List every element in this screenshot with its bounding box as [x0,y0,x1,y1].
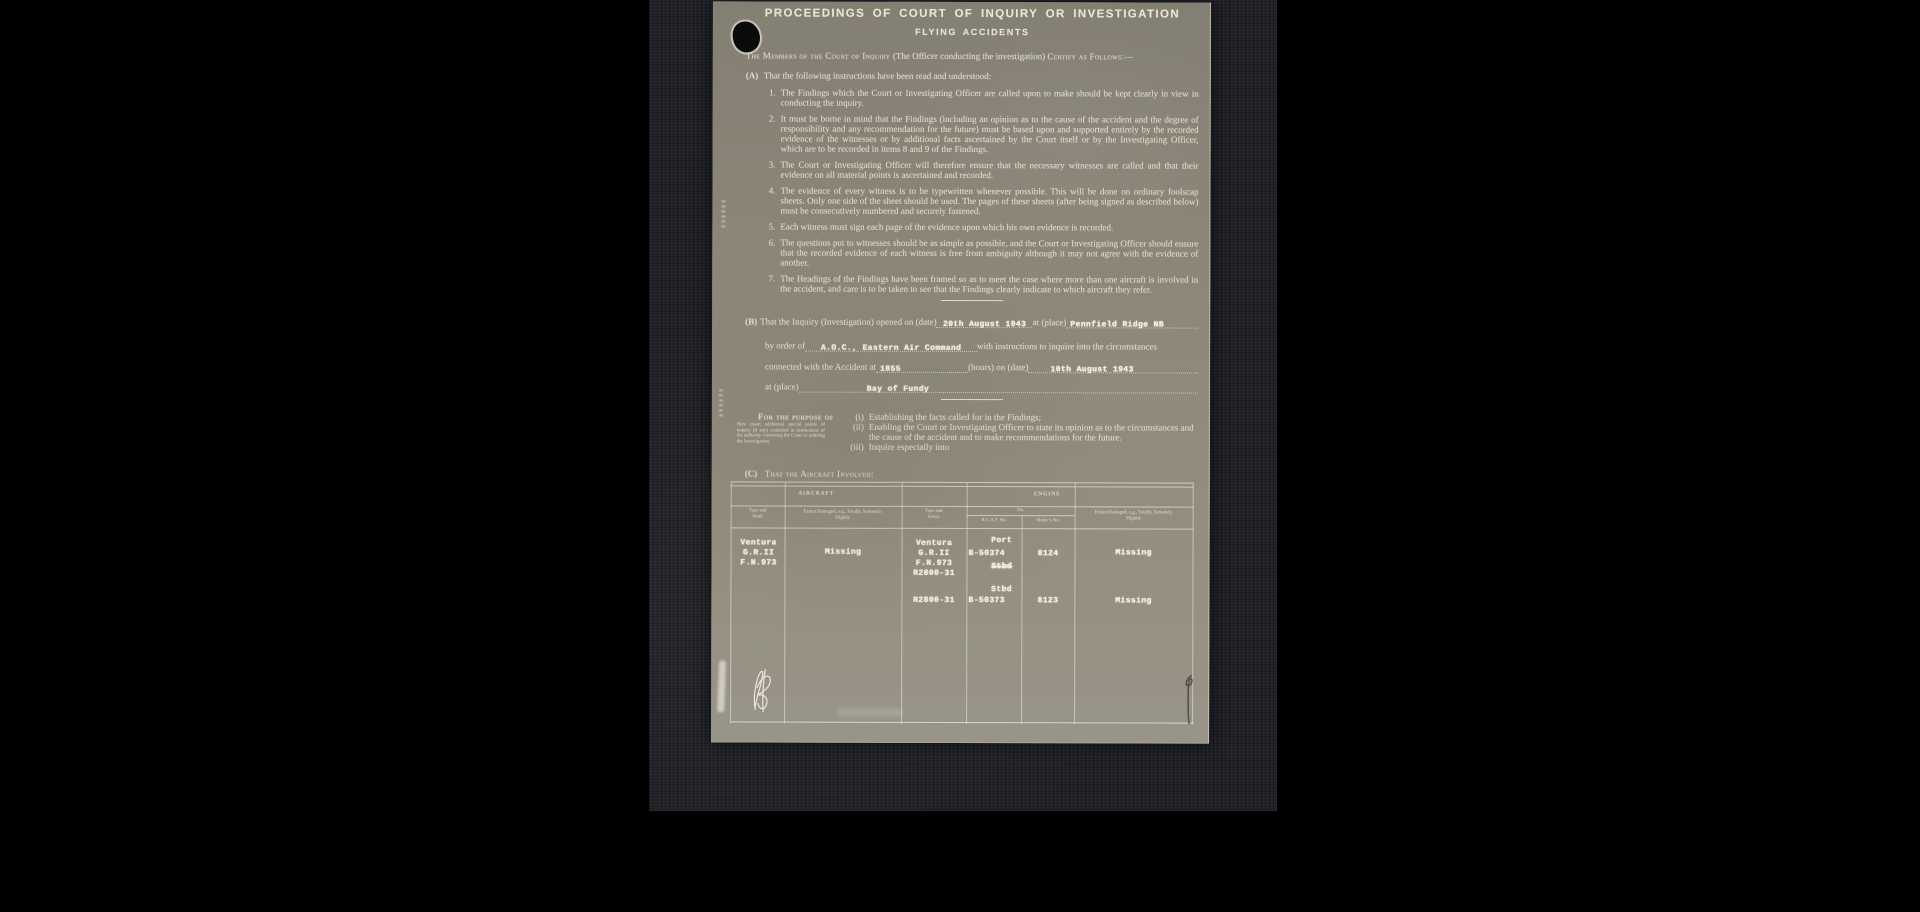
margin-mark [719,387,723,416]
item-text: The Headings of the Findings have been f… [780,274,1198,295]
purpose-heading: For the purpose of [758,411,834,421]
section-divider [940,399,1002,400]
section-a-text: That the following instructions have bee… [764,70,991,81]
col-header-extent-engine: Extent Damaged, e.g., Totally, Seriously… [1094,510,1174,521]
table-line [1021,515,1023,724]
accident-date-value: 10th August 1943 [1028,365,1133,374]
accident-place-value: Bay of Fundy [799,385,929,394]
section-b-line2: by order of A.O.C., Eastern Air Command … [745,340,1198,352]
b-line3-mid: (hours) on (date) [968,362,1029,372]
item-number: 1. [764,87,776,107]
purpose-item-text: Enabling the Court or Investigating Offi… [869,422,1198,443]
stbd-label-cell: Stbd [966,585,1036,595]
rcaf-no-1-cell: B-50374 [969,549,1024,559]
aircraft-type-line: F.N.973 [732,558,784,568]
date-opened-value: 20th August 1943 [943,320,1026,329]
stbd-struck-label: Stbd [966,562,1036,572]
engine-type-line: R2800-31 [901,569,966,579]
engine-type-line: G.R.II [902,549,967,559]
pencil-mark [1181,673,1199,727]
col-header-type-series: Type and Series [920,509,948,520]
engine-extent-1-value: Missing [1075,548,1193,558]
instructions-list: 1.The Findings which the Court or Invest… [745,87,1199,294]
item-number: 6. [763,237,775,267]
table-line [731,527,1194,529]
item-text: The Court or Investigating Officer will … [781,160,1199,181]
purpose-item-number: (iii) [848,442,864,452]
inquiry-form-page: PROCEEDINGS OF COURT OF INQUIRY OR INVES… [711,1,1211,743]
col-header-rcaf-no: R.C.A.F. No. [967,518,1022,524]
accident-date-field: 10th August 1943 [1028,362,1198,373]
item-number: 7. [763,273,775,293]
port-label-cell: Port [967,536,1037,546]
table-line [731,485,1194,487]
engine-type-2-value: R2800-31 [901,596,966,606]
item-number: 3. [764,159,776,179]
instruction-item: 4.The evidence of every witness is to be… [745,185,1198,216]
item-number: 4. [763,185,775,215]
item-text: The evidence of every witness is to be t… [780,186,1198,217]
section-a-label: (A) [746,70,764,80]
engine-type-cell: Ventura G.R.II F.N.973 R2800-31 [901,539,966,579]
engine-group-header: ENGINE [902,492,1193,498]
aircraft-engine-table: AIRCRAFT ENGINE Type and Mark Extent Dam… [730,481,1194,723]
col-header-no: No. [967,508,1075,514]
instruction-item: 1.The Findings which the Court or Invest… [746,87,1199,108]
section-a: (A) That the following instructions have… [746,70,1199,81]
order-authority-value: A.O.C., Eastern Air Command [821,344,961,353]
section-b-line4: at (place) Bay of Fundy [745,381,1198,393]
section-b-line1: (B) That the Inquiry (Investigation) ope… [745,316,1198,328]
purpose-item-text: Inquire especially into [869,442,1198,453]
instruction-item: 6.The questions put to witnesses should … [745,237,1198,268]
item-number: 5. [763,221,775,231]
b-line2-pre: by order of [765,340,805,350]
accident-place-field: Bay of Fundy [799,382,1198,394]
col-header-maker-no: Maker's No. [1022,518,1075,524]
b-line3-pre: connected with the Accident at [765,361,876,371]
signature-initials [749,663,777,715]
place-opened-value: Pennfield Ridge NB [1066,320,1164,329]
photo-of-document: PROCEEDINGS OF COURT OF INQUIRY OR INVES… [0,0,1920,912]
instruction-item: 5.Each witness must sign each page of th… [745,221,1198,232]
certify-line: The Members of the Court of Inquiry (The… [746,50,1199,61]
certify-part1: The Members of the Court of Inquiry [746,50,893,60]
stbd-label: Stbd [966,585,1036,595]
section-b-label: (B) [745,316,757,326]
table-line [730,482,732,723]
aircraft-extent-cell: Missing [785,548,902,558]
item-text: The questions put to witnesses should be… [780,238,1198,269]
certify-part2: (The Officer conducting the investigatio… [893,51,1048,61]
col-header-type-mark: Type and Mark [745,508,771,519]
order-authority-field: A.O.C., Eastern Air Command [805,341,977,352]
b-line1-mid: at (place) [1033,317,1067,327]
col-header-extent-aircraft: Extent Damaged, e.g., Totally, Seriously… [803,510,883,521]
white-smudge [717,660,726,712]
port-label: Port [967,536,1037,546]
purpose-item-number: (ii) [848,422,864,442]
accident-hours-field: 1855 [876,362,968,373]
instruction-item: 7.The Headings of the Findings have been… [745,273,1198,294]
section-divider [941,300,1003,301]
maker-no-2-cell: 8123 [1021,596,1074,606]
engine-type-line: Ventura [902,539,967,549]
item-text: Each witness must sign each page of the … [780,222,1198,233]
accident-hours-value: 1855 [876,365,901,374]
item-number: 2. [764,113,776,153]
instruction-item: 3.The Court or Investigating Officer wil… [746,159,1199,180]
rcaf-no-2-value: B-50373 [968,596,1023,606]
aircraft-type-line: G.R.II [733,548,785,558]
engine-type-2-cell: R2800-31 [901,596,966,606]
section-b-line3: connected with the Accident at 1855 (hou… [745,361,1198,373]
aircraft-group-header: AIRCRAFT [731,491,902,497]
purpose-item: (ii)Enabling the Court or Investigating … [848,422,1198,443]
place-opened-field: Pennfield Ridge NB [1066,317,1198,328]
table-line [731,505,1194,507]
engine-extent-1-cell: Missing [1075,548,1193,558]
page-title: PROCEEDINGS OF COURT OF INQUIRY OR INVES… [746,8,1199,19]
maker-no-1-value: 8124 [1022,549,1075,559]
table-line [784,483,786,724]
instruction-item: 2.It must be borne in mind that the Find… [746,113,1199,154]
form-content: PROCEEDINGS OF COURT OF INQUIRY OR INVES… [745,1,1199,479]
date-opened-field: 20th August 1943 [937,317,1033,328]
aircraft-type-cell: Ventura G.R.II F.N.973 [732,538,784,568]
b-line1-pre: That the Inquiry (Investigation) opened … [760,316,936,326]
b-line4-pre: at (place) [765,381,799,391]
section-c-label: (C) [745,468,765,478]
purpose-margin-note: Here insert additional special points of… [737,422,825,445]
maker-no-2-value: 8123 [1021,596,1074,606]
faded-stamp [837,708,903,717]
purpose-item-number: (i) [848,412,864,422]
margin-mark [721,197,725,227]
rcaf-no-1-value: B-50374 [969,549,1024,559]
maker-no-1-cell: 8124 [1022,549,1075,559]
engine-extent-2-cell: Missing [1074,596,1192,606]
aircraft-extent-value: Missing [785,548,902,558]
stbd-struck-cell: Stbd [966,562,1036,572]
rcaf-no-2-cell: B-50373 [968,596,1023,606]
engine-type-line: F.N.973 [901,559,966,569]
engine-extent-2-value: Missing [1074,596,1192,606]
item-text: The Findings which the Court or Investig… [781,88,1199,109]
item-text: It must be borne in mind that the Findin… [781,114,1199,155]
section-c: (C) That the Aircraft Involved: [745,468,1198,479]
section-c-text: That the Aircraft Involved: [765,468,874,478]
form-subtitle: FLYING ACCIDENTS [746,26,1199,37]
purpose-section: For the purpose of Here insert additiona… [745,411,1198,458]
purpose-item: (iii)Inquire especially into [848,442,1198,453]
aircraft-type-line: Ventura [733,538,785,548]
certify-part3: Certify as Follows:— [1047,51,1133,61]
b-line2-post: with instructions to inquire into the ci… [977,341,1157,351]
